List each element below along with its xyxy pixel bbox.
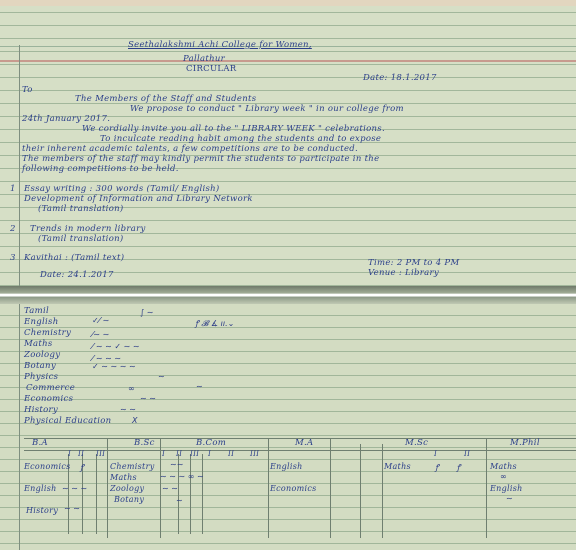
bsc-row-maths: Maths	[110, 473, 137, 482]
signature-mark: ∞	[500, 472, 507, 481]
competition-1-line2: Development of Information and Library N…	[24, 194, 253, 204]
dept-zoology: Zoology	[24, 350, 60, 360]
event-time: Time: 2 PM to 4 PM	[368, 258, 459, 268]
ba-row-english: English	[24, 484, 57, 493]
dept-chemistry: Chemistry	[24, 328, 71, 338]
header-ba: B.A	[32, 438, 48, 448]
bsc-year-2: II	[176, 450, 182, 458]
dept-physics: Physics	[24, 372, 58, 382]
signature-mark: ✓⁄ ∼	[92, 316, 109, 325]
bcom-year-2: II	[228, 450, 234, 458]
col-divider	[382, 444, 383, 538]
dept-economics: Economics	[24, 394, 73, 404]
dept-botany: Botany	[24, 361, 56, 371]
body-line-4: To inculcate reading habit among the stu…	[100, 134, 381, 144]
mphil-row-english: English	[490, 484, 523, 493]
competition-2-line1: Trends in modern library	[30, 224, 146, 234]
event-venue: Venue : Library	[368, 268, 439, 278]
bsc-year-1: I	[162, 450, 165, 458]
msc-year-2: II	[464, 450, 470, 458]
competition-2-line2: (Tamil translation)	[38, 234, 124, 244]
signature-mark: ∼∼	[170, 460, 183, 469]
competition-3-number: 3	[10, 253, 16, 263]
bcom-year-1: I	[208, 450, 211, 458]
margin-line	[19, 304, 20, 550]
col-divider	[268, 438, 269, 538]
signature-mark: ∼	[176, 496, 183, 505]
competition-1-line3: (Tamil translation)	[38, 204, 124, 214]
body-line-6: The members of the staff may kindly perm…	[22, 154, 379, 164]
col-divider	[107, 438, 108, 538]
body-line-2: 24th January 2017.	[22, 114, 110, 124]
signature-mark: ∼ ∼	[64, 504, 80, 513]
signature-mark: ꝭ 𝓑 ∡ ıı.⌄	[195, 318, 234, 329]
signature-mark: ∼	[196, 382, 203, 391]
header-mphil: M.Phil	[510, 438, 540, 448]
signature-mark: ∫ ∼	[140, 308, 153, 317]
signature-mark: ✓ ∼ ∼ ∼ ∼	[92, 362, 136, 371]
institution-name: Seethalakshmi Achi College for Women,	[128, 40, 312, 50]
body-line-1: We propose to conduct " Library week " i…	[130, 104, 404, 114]
bcom-year-3: III	[250, 450, 259, 458]
bsc-row-chemistry: Chemistry	[110, 462, 155, 471]
ba-year-3: III	[96, 450, 105, 458]
ba-row-history: History	[26, 506, 58, 515]
event-date: Date: 24.1.2017	[40, 270, 114, 280]
header-bcom: B.Com	[196, 438, 226, 448]
addressee: The Members of the Staff and Students	[75, 94, 256, 104]
col-divider	[96, 454, 97, 534]
red-header-line	[0, 60, 576, 62]
signature-mark: ∼ ∼	[162, 484, 178, 493]
ba-year-1: I	[68, 450, 71, 458]
dept-commerce: Commerce	[26, 383, 75, 393]
ma-row-economics: Economics	[270, 484, 317, 493]
ba-year-2: II	[78, 450, 84, 458]
competition-1-line1: Essay writing : 300 words (Tamil/ Englis…	[24, 184, 220, 194]
to-label: To	[22, 85, 33, 95]
signature-mark: ∼ ∼ ∼ ∞ ∼	[160, 472, 204, 481]
signature-mark: ∞	[128, 384, 135, 393]
header-msc: M.Sc	[405, 438, 428, 448]
signature-mark: ꝭ	[80, 462, 84, 473]
signature-mark: ꝭ ꝭ	[435, 462, 460, 473]
signature-mark: ⁄ ∼ ∼ ✓ ∼ ∼	[92, 342, 140, 351]
circular-date: Date: 18.1.2017	[363, 73, 437, 83]
signature-mark: ∼ ∼ ∼	[62, 484, 87, 493]
signature-mark: ∼ ∼	[140, 394, 156, 403]
signature-mark: ∼ ∼	[120, 405, 136, 414]
dept-physical-education: Physical Education	[24, 416, 111, 426]
dept-tamil: Tamil	[24, 306, 49, 316]
acknowledgement-page: Tamil English Chemistry Maths Zoology Bo…	[0, 304, 576, 550]
col-divider	[190, 454, 191, 534]
body-line-5: their inherent academic talents, a few c…	[22, 144, 358, 154]
body-line-7: following competitions to be held.	[22, 164, 179, 174]
signature-mark: ∼	[158, 372, 165, 381]
header-ma: M.A	[295, 438, 313, 448]
bsc-row-zoology: Zoology	[110, 484, 144, 493]
col-divider	[160, 438, 161, 538]
dept-maths: Maths	[24, 339, 53, 349]
col-divider	[486, 438, 487, 538]
page-fold	[0, 286, 576, 304]
col-divider	[202, 454, 203, 534]
bsc-row-botany: Botany	[114, 495, 144, 504]
signature-mark: ∼	[506, 494, 513, 503]
col-divider	[360, 444, 361, 538]
circular-title: CIRCULAR	[186, 64, 237, 74]
msc-row-maths: Maths	[384, 462, 411, 471]
header-bsc: B.Sc	[134, 438, 155, 448]
body-line-3: We cordially invite you all to the " LIB…	[82, 124, 385, 134]
ma-row-english: English	[270, 462, 303, 471]
competition-1-number: 1	[10, 184, 16, 194]
circular-top-page: Seethalakshmi Achi College for Women, Pa…	[0, 0, 576, 290]
dept-english: English	[24, 317, 59, 327]
mphil-row-maths: Maths	[490, 462, 517, 471]
place-name: Pallathur	[183, 54, 225, 64]
bsc-year-3: III	[190, 450, 199, 458]
signature-mark: ⁄∼ ∼	[92, 330, 109, 339]
signature-mark: X	[132, 416, 137, 425]
competition-2-number: 2	[10, 224, 16, 234]
col-divider	[330, 438, 331, 538]
margin-line	[19, 45, 20, 290]
dept-history: History	[24, 405, 58, 415]
msc-year-1: I	[434, 450, 437, 458]
ba-row-economics: Economics	[24, 462, 71, 471]
competition-3-line1: Kavithai : (Tamil text)	[24, 253, 124, 263]
